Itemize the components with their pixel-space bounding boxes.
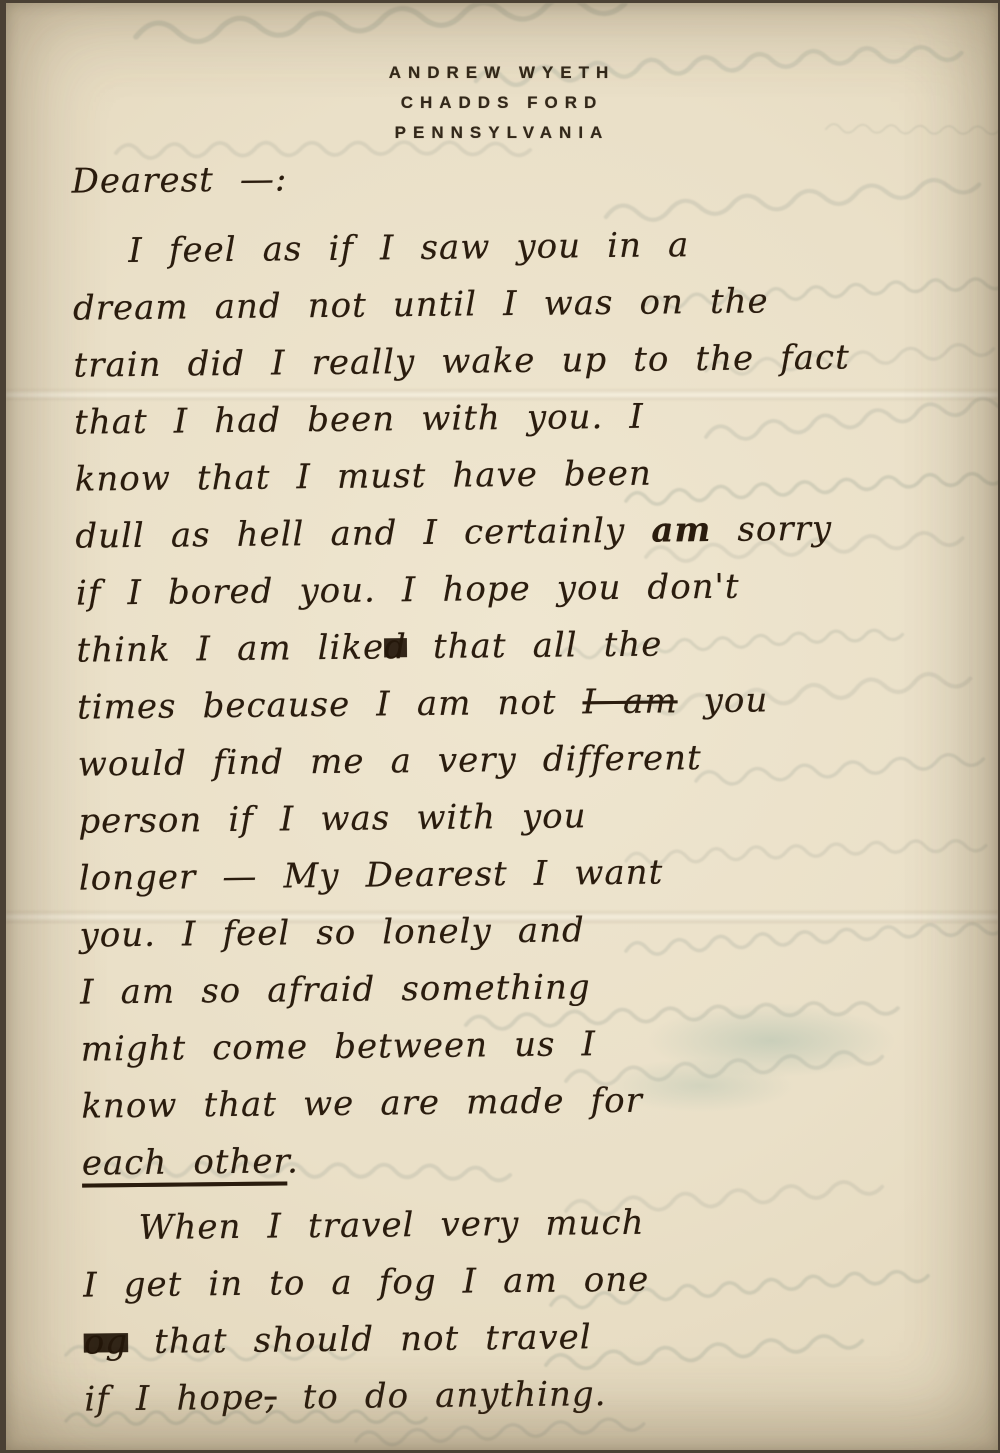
letter-line: When I travel very much (82, 1191, 963, 1257)
letter-line: dull as hell and I certainly am sorry (75, 499, 956, 565)
letterhead-state: PENNSYLVANIA (6, 123, 998, 143)
letter-line: would find me a very different (77, 727, 958, 793)
letter-line-segment: am (651, 510, 711, 551)
letterhead-town: CHADDS FORD (6, 93, 998, 113)
letter-line: if I hope, to do anything. (84, 1362, 965, 1428)
letter-line: if I bored you. I hope you don't (76, 556, 957, 622)
letter-line-segment: times because I am not (77, 682, 583, 727)
letter-line-segment: think I am like (76, 627, 384, 670)
letter-line-segment: train did I really wake up to the fact (73, 338, 850, 386)
letter-line-segment: if I bored you. I hope you don't (76, 567, 740, 614)
letter-line-segment: person if I was with you (78, 796, 587, 841)
letter-line: think I am liked that all the (76, 613, 957, 679)
letter-line: each other. (82, 1126, 963, 1192)
letter-line-segment: that all the (407, 624, 663, 667)
letter-line-segment: dull as hell and I certainly (75, 511, 651, 557)
letter-line-segment: . (287, 1141, 299, 1181)
letter-line: longer — My Dearest I want (79, 841, 960, 907)
salutation: Dearest —: (71, 144, 952, 215)
letter-line-segment: , (265, 1378, 277, 1418)
letter-line-segment: I am (582, 681, 677, 722)
letter-lines: I feel as if I saw you in adream and not… (72, 214, 965, 1428)
letter-line-segment: sorry (711, 509, 832, 550)
letter-line-segment: I feel as if I saw you in a (128, 225, 689, 271)
letter-line-segment: When I travel very much (138, 1203, 644, 1248)
letter-line-segment: I am so afraid something (80, 967, 591, 1012)
letter-line-segment: that should not travel (128, 1317, 592, 1362)
letter-line: you. I feel so lonely and (79, 898, 960, 964)
letter-line: I get in to a fog I am one (83, 1248, 964, 1314)
letter-line: person if I was with you (78, 784, 959, 850)
letter-line-segment: might come between us I (81, 1024, 597, 1069)
letterhead-name: ANDREW WYETH (6, 63, 998, 83)
letter-line-segment: you. I feel so lonely and (79, 910, 585, 955)
letter-body: Dearest —: I feel as if I saw you in adr… (71, 144, 964, 1428)
letter-line: know that I must have been (74, 442, 955, 508)
letter-line-segment: that I had been with you. I (74, 397, 644, 443)
letter-line: that I had been with you. I (74, 385, 955, 451)
letter-line-segment: og (84, 1322, 129, 1362)
letter-line: I feel as if I saw you in a (72, 214, 953, 280)
letterhead: ANDREW WYETH CHADDS FORD PENNSYLVANIA (6, 63, 998, 153)
letter-line-segment: dream and not until I was on the (73, 281, 769, 328)
letter-line-segment: know that we are made for (81, 1081, 643, 1127)
letter-line: I am so afraid something (80, 955, 961, 1021)
letter-page: ANDREW WYETH CHADDS FORD PENNSYLVANIA De… (0, 0, 1000, 1453)
letter-line-segment: d (384, 627, 407, 667)
letter-line: times because I am not I am you (77, 670, 958, 736)
letter-line-segment: if I hope (84, 1378, 265, 1420)
letter-line-segment: you (677, 680, 768, 721)
letter-line: og that should not travel (84, 1305, 965, 1371)
letter-line-segment: I get in to a fog I am one (83, 1260, 649, 1306)
letter-line-segment: to do anything. (276, 1374, 606, 1417)
letter-line-segment: would find me a very different (78, 738, 702, 785)
letter-line-segment: each other (82, 1141, 288, 1183)
letter-line: know that we are made for (81, 1069, 962, 1135)
letter-line: dream and not until I was on the (73, 271, 954, 337)
letter-line-segment: know that I must have been (75, 454, 652, 500)
letter-line: might come between us I (80, 1012, 961, 1078)
letter-line: train did I really wake up to the fact (73, 328, 954, 394)
letter-line-segment: longer — My Dearest I want (79, 852, 664, 898)
